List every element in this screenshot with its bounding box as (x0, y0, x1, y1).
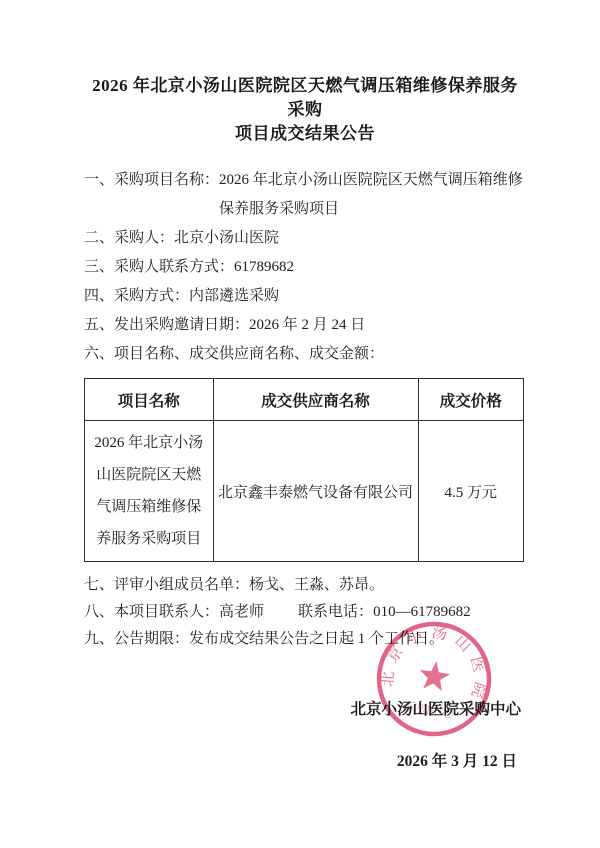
header-price: 成交价格 (418, 379, 524, 421)
cell-project-name: 2026 年北京小汤山医院院区天燃气调压箱维修保养服务采购项目 (85, 421, 214, 562)
item-label: 项目名称、成交供应商名称、成交金额： (114, 340, 384, 369)
title-line-1: 2026 年北京小汤山医院院区天燃气调压箱维修保养服务采购 (84, 74, 526, 122)
item-number: 二、 (84, 224, 114, 253)
document-content: 2026 年北京小汤山医院院区天燃气调压箱维修保养服务采购 项目成交结果公告 一… (84, 74, 526, 772)
item-result-intro: 六、项目名称、成交供应商名称、成交金额： (84, 340, 526, 369)
item-number: 一、 (84, 166, 114, 195)
numbered-items-bottom: 七、评审小组成员名单：杨戈、王淼、苏昂。 八、本项目联系人：高老师联系电话：01… (84, 572, 526, 653)
issue-date: 2026 年 3 月 12 日 (84, 752, 526, 772)
table-row: 2026 年北京小汤山医院院区天燃气调压箱维修保养服务采购项目 北京鑫丰泰燃气设… (85, 421, 524, 562)
item-number: 三、 (84, 253, 114, 282)
item-review-panel: 七、评审小组成员名单：杨戈、王淼、苏昂。 (84, 572, 526, 599)
item-invitation-date: 五、发出采购邀请日期：2026 年 2 月 24 日 (84, 311, 526, 340)
header-project-name: 项目名称 (85, 379, 214, 421)
item-value: 杨戈、王淼、苏昂。 (249, 572, 526, 599)
table-header-row: 项目名称 成交供应商名称 成交价格 (85, 379, 524, 421)
item-value: 北京小汤山医院 (174, 224, 526, 253)
contact-name: 高老师 (219, 599, 264, 626)
item-project-contact: 八、本项目联系人：高老师联系电话：010—61789682 (84, 599, 526, 626)
item-purchaser-contact: 三、采购人联系方式：61789682 (84, 253, 526, 282)
item-number: 八、 (84, 599, 114, 626)
item-label: 采购项目名称： (114, 166, 219, 195)
item-value: 2026 年北京小汤山医院院区天燃气调压箱维修保养服务采购项目 (219, 166, 526, 224)
phone-value: 010—61789682 (373, 599, 471, 626)
item-announcement-period: 九、公告期限：发布成交结果公告之日起 1 个工作日。 (84, 626, 526, 653)
numbered-items: 一、采购项目名称：2026 年北京小汤山医院院区天燃气调压箱维修保养服务采购项目… (84, 166, 526, 369)
item-label: 采购人联系方式： (114, 253, 234, 282)
item-procurement-project-name: 一、采购项目名称：2026 年北京小汤山医院院区天燃气调压箱维修保养服务采购项目 (84, 166, 526, 224)
item-label: 采购方式： (114, 282, 189, 311)
item-label: 发出采购邀请日期： (114, 311, 249, 340)
document-page: 2026 年北京小汤山医院院区天燃气调压箱维修保养服务采购 项目成交结果公告 一… (0, 0, 600, 848)
item-number: 六、 (84, 340, 114, 369)
item-value: 内部遴选采购 (189, 282, 526, 311)
title-line-2: 项目成交结果公告 (84, 122, 526, 146)
item-value: 61789682 (234, 253, 526, 282)
cell-supplier-name: 北京鑫丰泰燃气设备有限公司 (213, 421, 418, 562)
document-title: 2026 年北京小汤山医院院区天燃气调压箱维修保养服务采购 项目成交结果公告 (84, 74, 526, 146)
cell-price: 4.5 万元 (418, 421, 524, 562)
item-procurement-method: 四、采购方式：内部遴选采购 (84, 282, 526, 311)
item-label: 公告期限： (114, 626, 189, 653)
item-label: 评审小组成员名单： (114, 572, 249, 599)
item-number: 九、 (84, 626, 114, 653)
item-purchaser: 二、采购人：北京小汤山医院 (84, 224, 526, 253)
item-value: 发布成交结果公告之日起 1 个工作日。 (189, 626, 526, 653)
item-label: 本项目联系人： (114, 599, 219, 626)
result-table: 项目名称 成交供应商名称 成交价格 2026 年北京小汤山医院院区天燃气调压箱维… (84, 378, 524, 562)
issuer-name: 北京小汤山医院采购中心 (84, 700, 526, 720)
item-number: 五、 (84, 311, 114, 340)
item-number: 四、 (84, 282, 114, 311)
phone-label: 联系电话： (298, 599, 373, 626)
item-number: 七、 (84, 572, 114, 599)
header-supplier-name: 成交供应商名称 (213, 379, 418, 421)
item-label: 采购人： (114, 224, 174, 253)
item-value: 2026 年 2 月 24 日 (249, 311, 526, 340)
